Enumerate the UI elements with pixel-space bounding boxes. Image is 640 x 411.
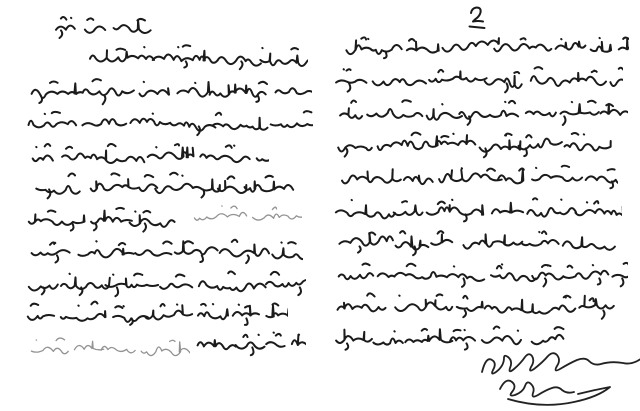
ink-stroke xyxy=(345,32,629,62)
handwritten-line xyxy=(31,140,269,170)
handwritten-line xyxy=(88,42,308,72)
letter-page-1 xyxy=(0,0,320,411)
signature-stroke xyxy=(492,375,634,411)
ink-stroke xyxy=(337,129,620,159)
letter-scan xyxy=(0,0,640,411)
handwritten-line xyxy=(25,204,177,234)
salutation-line xyxy=(55,11,152,41)
handwritten-line xyxy=(337,227,618,257)
ink-stroke xyxy=(339,162,618,192)
page-number xyxy=(466,5,488,36)
handwritten-line xyxy=(196,328,306,358)
ink-stroke xyxy=(31,140,269,170)
handwritten-line xyxy=(337,129,620,159)
letter-page-2 xyxy=(320,0,640,411)
handwritten-line xyxy=(335,291,624,321)
ink-stroke xyxy=(28,333,190,363)
ink-stroke xyxy=(55,11,152,41)
ink-stroke xyxy=(339,97,628,127)
ink-stroke xyxy=(335,291,624,321)
handwritten-line xyxy=(25,268,306,298)
ink-stroke xyxy=(337,227,618,257)
ink-stroke xyxy=(28,76,312,106)
ink-stroke xyxy=(25,299,288,329)
ink-stroke xyxy=(25,268,306,298)
handwritten-line xyxy=(345,32,629,62)
ink-stroke xyxy=(196,328,306,358)
handwritten-line xyxy=(34,170,302,200)
handwritten-line xyxy=(25,299,288,329)
ink-stroke xyxy=(333,195,622,225)
ink-stroke xyxy=(334,64,623,94)
illegible-scrawl xyxy=(28,333,190,363)
handwritten-line xyxy=(337,259,628,289)
handwritten-line xyxy=(28,76,312,106)
page-number-glyph xyxy=(466,5,488,31)
handwritten-line xyxy=(26,107,313,137)
handwritten-line xyxy=(339,162,618,192)
signature-flourish xyxy=(492,375,634,411)
ink-stroke xyxy=(26,107,313,137)
ink-stroke xyxy=(25,204,177,234)
ink-stroke xyxy=(192,201,302,231)
illegible-scrawl xyxy=(192,201,302,231)
ink-stroke xyxy=(28,236,303,266)
ink-stroke xyxy=(88,42,308,72)
handwritten-line xyxy=(28,236,303,266)
handwritten-line xyxy=(333,195,622,225)
handwritten-line xyxy=(339,97,628,127)
ink-stroke xyxy=(337,259,628,289)
handwritten-line xyxy=(334,64,623,94)
ink-stroke xyxy=(34,170,302,200)
